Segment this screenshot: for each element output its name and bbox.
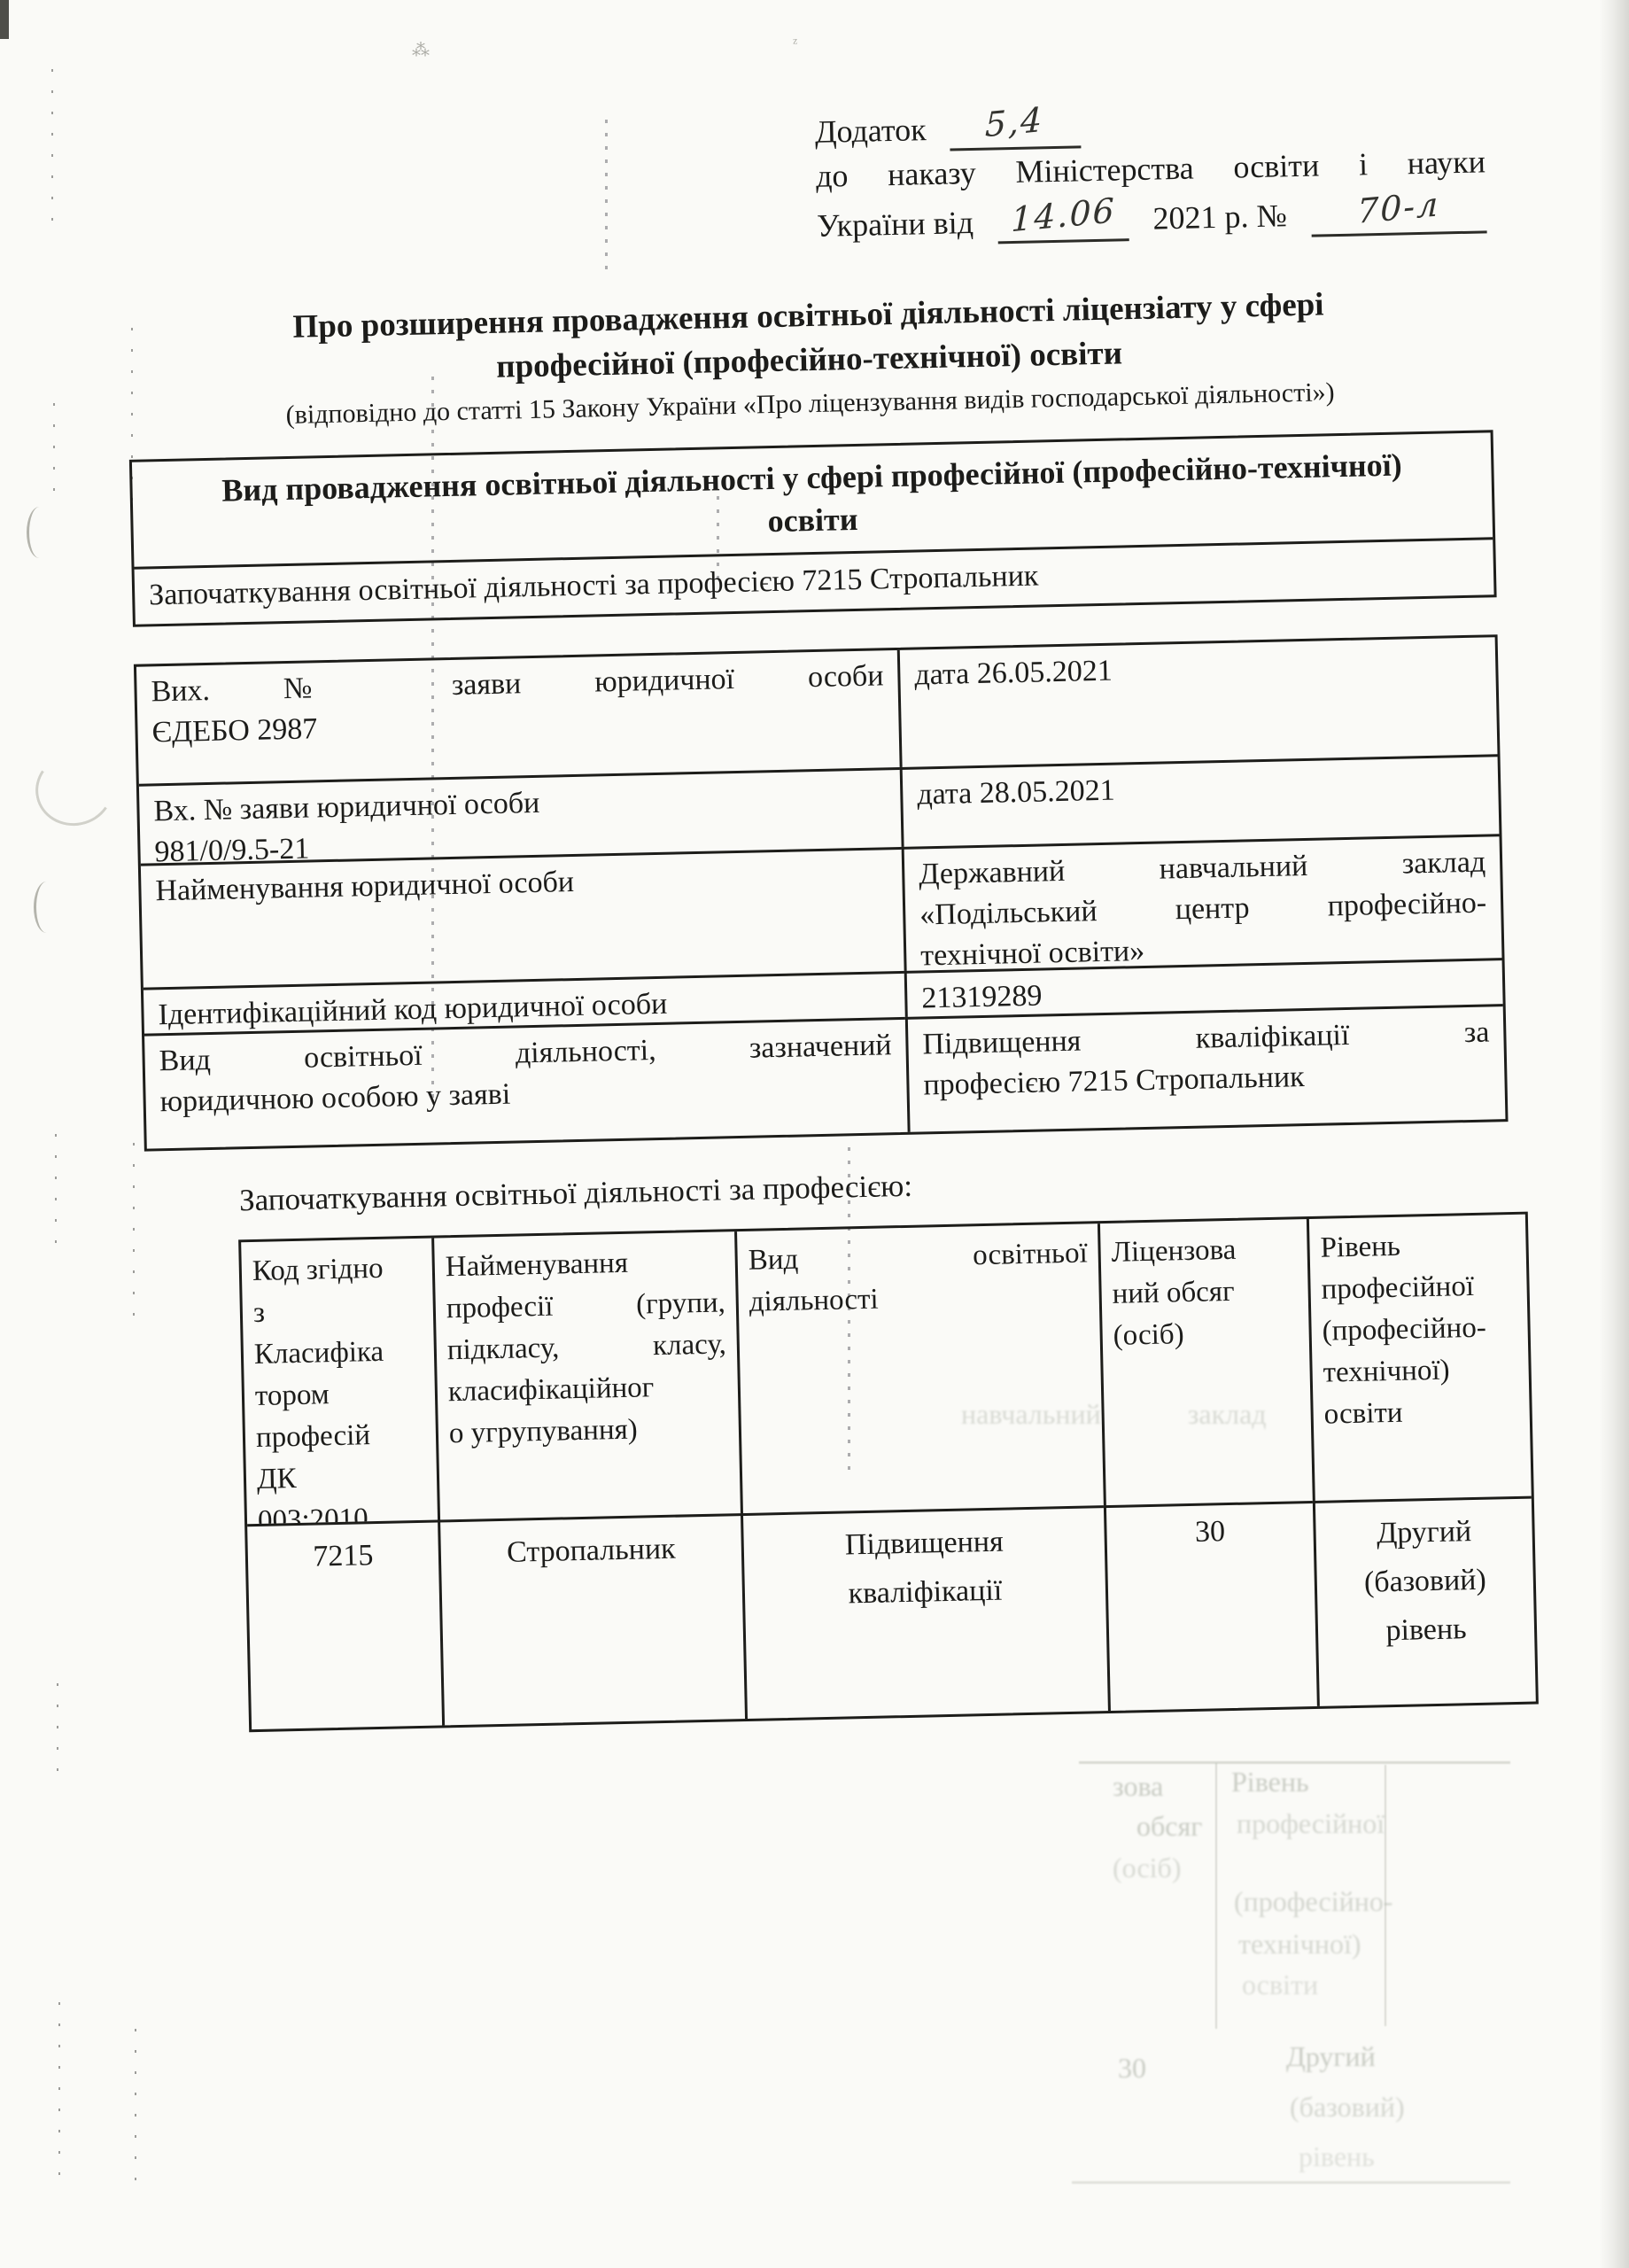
bleedthrough-text: (професійно- <box>1234 1885 1393 1918</box>
table-cell-value: Державний навчальний заклад «Подільський… <box>902 834 1502 971</box>
bleedthrough-text: рівень <box>1299 2140 1375 2173</box>
bleedthrough-line <box>1215 1763 1217 2029</box>
scan-artifact-dashes <box>135 2029 136 2197</box>
scan-edge-shadow <box>1599 0 1629 2268</box>
bleedthrough-text: 30 <box>1118 2052 1146 2085</box>
activity-type-table: Вид провадження освітньої діяльності у с… <box>129 430 1497 627</box>
scan-corner-artifact <box>0 0 9 39</box>
row-level: Другий (базовий) рівень <box>1313 1496 1536 1706</box>
bleedthrough-text: обсяг <box>1136 1810 1202 1843</box>
scan-artifact-dashes <box>53 403 55 509</box>
table-cell-value: Підвищення кваліфікації за професією 721… <box>905 1004 1506 1132</box>
bleedthrough-text: Рівень <box>1231 1766 1309 1798</box>
bleedthrough-text: зова <box>1113 1770 1163 1803</box>
row-activity: Підвищення кваліфікації <box>741 1505 1108 1719</box>
bleedthrough-text: освіти <box>1242 1969 1318 2001</box>
punch-hole-shadow <box>28 746 120 834</box>
table-cell-label: Найменування юридичної особи <box>141 847 904 988</box>
appendix-header: Додаток 5,4 до наказу Міністерства освіт… <box>812 0 1487 248</box>
bleedthrough-text: навчальний заклад <box>961 1398 1267 1431</box>
appendix-label: Додаток <box>814 107 927 154</box>
row-profession: Стропальник <box>438 1513 745 1725</box>
column-header-level: Рівень професійної (професійно- технічно… <box>1307 1215 1532 1501</box>
section-heading: Започаткування освітньої діяльності за п… <box>239 1153 1510 1220</box>
bleedthrough-line <box>1072 2181 1510 2184</box>
appendix-number-handwritten: 5,4 <box>985 97 1044 147</box>
scan-artifact-dashes <box>51 69 53 237</box>
scan-artifact-dashes <box>57 1683 58 1790</box>
scan-artifact-dashes <box>55 1134 57 1258</box>
bleedthrough-text: Другий <box>1286 2040 1376 2073</box>
row-code: 7215 <box>247 1520 442 1730</box>
order-prefix: України від <box>817 200 974 248</box>
document-page: Додаток 5,4 до наказу Міністерства освіт… <box>120 0 1521 1735</box>
order-date-handwritten: 14.06 <box>1011 188 1116 242</box>
column-header-code: Код згідно з Класифіка тором професій ДК… <box>241 1239 438 1525</box>
column-header-profession: Найменування професії (групи, підкласу, … <box>431 1231 741 1519</box>
binding-arc <box>34 882 59 933</box>
application-details-table: Вих. № заяви юридичної особи ЄДЕБО 2987 … <box>134 634 1509 1151</box>
scan-artifact-dashes <box>58 2002 60 2179</box>
scan-artifact-dashes <box>133 1143 135 1320</box>
bleedthrough-text: технічної) <box>1238 1928 1361 1961</box>
order-middle: 2021 р. № <box>1152 193 1287 240</box>
table-cell-value: дата 26.05.2021 <box>897 637 1498 767</box>
table-cell-label: Вих. № заяви юридичної особи ЄДЕБО 2987 <box>136 650 900 784</box>
bleedthrough-text: (базовий) <box>1290 2091 1405 2124</box>
order-number-handwritten: 70-л <box>1357 182 1440 234</box>
profession-table: Код згідно з Класифіка тором професій ДК… <box>238 1212 1539 1733</box>
binding-arc <box>27 507 52 558</box>
row-licensed-volume: 30 <box>1104 1501 1317 1711</box>
table-cell-value: дата 28.05.2021 <box>900 754 1500 847</box>
bleedthrough-line <box>1079 1761 1510 1764</box>
table-cell-label: Вид освітньої діяльності, зазначений юри… <box>144 1017 908 1149</box>
column-header-activity: Вид освітньої діяльності <box>734 1223 1104 1513</box>
column-header-volume: Ліцензова ний обсяг (осіб) <box>1098 1219 1313 1505</box>
bleedthrough-text: (осіб) <box>1113 1852 1181 1884</box>
bleedthrough-text: професійної <box>1237 1807 1385 1840</box>
